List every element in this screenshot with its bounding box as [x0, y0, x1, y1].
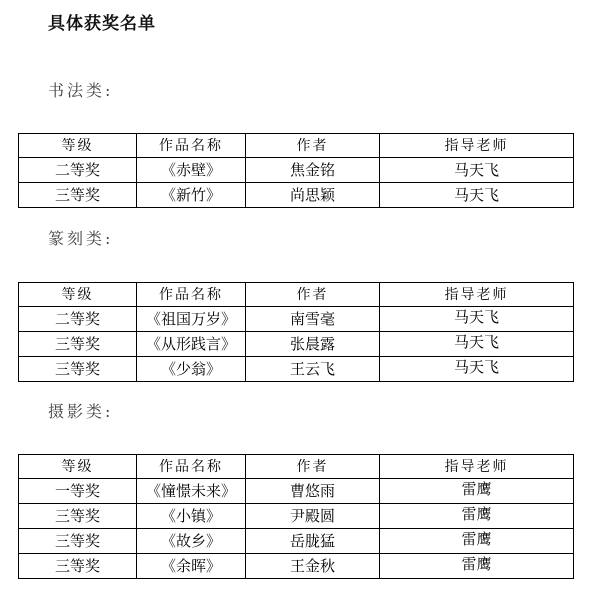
- cell-work: 《赤壁》: [137, 158, 246, 183]
- column-header-author: 作者: [246, 455, 380, 479]
- column-header-level: 等级: [19, 134, 137, 158]
- cell-teacher: 马天飞: [380, 357, 574, 382]
- cell-author: 南雪毫: [246, 307, 380, 332]
- table-header-row: 等级 作品名称 作者 指导老师: [19, 134, 574, 158]
- cell-work: 《余晖》: [137, 554, 246, 579]
- cell-level: 二等奖: [19, 307, 137, 332]
- cell-author: 尹殿圆: [246, 504, 380, 529]
- cell-level: 二等奖: [19, 158, 137, 183]
- column-header-level: 等级: [19, 455, 137, 479]
- column-header-teacher: 指导老师: [380, 455, 574, 479]
- cell-teacher: 马天飞: [380, 183, 574, 208]
- cell-work: 《小镇》: [137, 504, 246, 529]
- cell-level: 三等奖: [19, 529, 137, 554]
- column-header-work: 作品名称: [137, 283, 246, 307]
- table-row: 三等奖 《新竹》 尚思颖 马天飞: [19, 183, 574, 208]
- cell-teacher: 雷鹰: [380, 554, 574, 579]
- table-row: 三等奖 《余晖》 王金秋 雷鹰: [19, 554, 574, 579]
- seal-carving-award-table: 等级 作品名称 作者 指导老师 二等奖 《祖国万岁》 南雪毫 马天飞 三等奖 《…: [18, 282, 574, 382]
- cell-work: 《少翁》: [137, 357, 246, 382]
- cell-teacher: 雷鹰: [380, 479, 574, 504]
- column-header-author: 作者: [246, 134, 380, 158]
- column-header-teacher: 指导老师: [380, 283, 574, 307]
- cell-teacher: 马天飞: [380, 307, 574, 332]
- cell-level: 三等奖: [19, 504, 137, 529]
- table-row: 二等奖 《赤壁》 焦金铭 马天飞: [19, 158, 574, 183]
- column-header-work: 作品名称: [137, 455, 246, 479]
- table-header-row: 等级 作品名称 作者 指导老师: [19, 283, 574, 307]
- column-header-level: 等级: [19, 283, 137, 307]
- cell-work: 《新竹》: [137, 183, 246, 208]
- cell-level: 三等奖: [19, 183, 137, 208]
- cell-work: 《故乡》: [137, 529, 246, 554]
- cell-work: 《祖国万岁》: [137, 307, 246, 332]
- column-header-work: 作品名称: [137, 134, 246, 158]
- cell-author: 岳胧猛: [246, 529, 380, 554]
- photography-award-table: 等级 作品名称 作者 指导老师 一等奖 《憧憬未来》 曹悠雨 雷鹰 三等奖 《小…: [18, 454, 574, 579]
- table-header-row: 等级 作品名称 作者 指导老师: [19, 455, 574, 479]
- table-row: 三等奖 《从形践言》 张晨露 马天飞: [19, 332, 574, 357]
- cell-teacher: 马天飞: [380, 158, 574, 183]
- cell-author: 曹悠雨: [246, 479, 380, 504]
- table-row: 三等奖 《小镇》 尹殿圆 雷鹰: [19, 504, 574, 529]
- cell-level: 三等奖: [19, 554, 137, 579]
- cell-work: 《憧憬未来》: [137, 479, 246, 504]
- page-title: 具体获奖名单: [48, 9, 156, 34]
- cell-author: 王云飞: [246, 357, 380, 382]
- cell-teacher: 雷鹰: [380, 504, 574, 529]
- cell-author: 焦金铭: [246, 158, 380, 183]
- cell-level: 三等奖: [19, 357, 137, 382]
- section-label-photography: 摄影类:: [48, 399, 113, 422]
- column-header-author: 作者: [246, 283, 380, 307]
- cell-author: 王金秋: [246, 554, 380, 579]
- calligraphy-award-table: 等级 作品名称 作者 指导老师 二等奖 《赤壁》 焦金铭 马天飞 三等奖 《新竹…: [18, 133, 574, 208]
- section-label-calligraphy: 书法类:: [48, 78, 113, 101]
- cell-level: 一等奖: [19, 479, 137, 504]
- cell-author: 尚思颖: [246, 183, 380, 208]
- column-header-teacher: 指导老师: [380, 134, 574, 158]
- table-row: 三等奖 《少翁》 王云飞 马天飞: [19, 357, 574, 382]
- cell-author: 张晨露: [246, 332, 380, 357]
- cell-teacher: 雷鹰: [380, 529, 574, 554]
- cell-level: 三等奖: [19, 332, 137, 357]
- table-row: 一等奖 《憧憬未来》 曹悠雨 雷鹰: [19, 479, 574, 504]
- table-row: 三等奖 《故乡》 岳胧猛 雷鹰: [19, 529, 574, 554]
- section-label-seal-carving: 篆刻类:: [48, 226, 113, 249]
- cell-work: 《从形践言》: [137, 332, 246, 357]
- cell-teacher: 马天飞: [380, 332, 574, 357]
- table-row: 二等奖 《祖国万岁》 南雪毫 马天飞: [19, 307, 574, 332]
